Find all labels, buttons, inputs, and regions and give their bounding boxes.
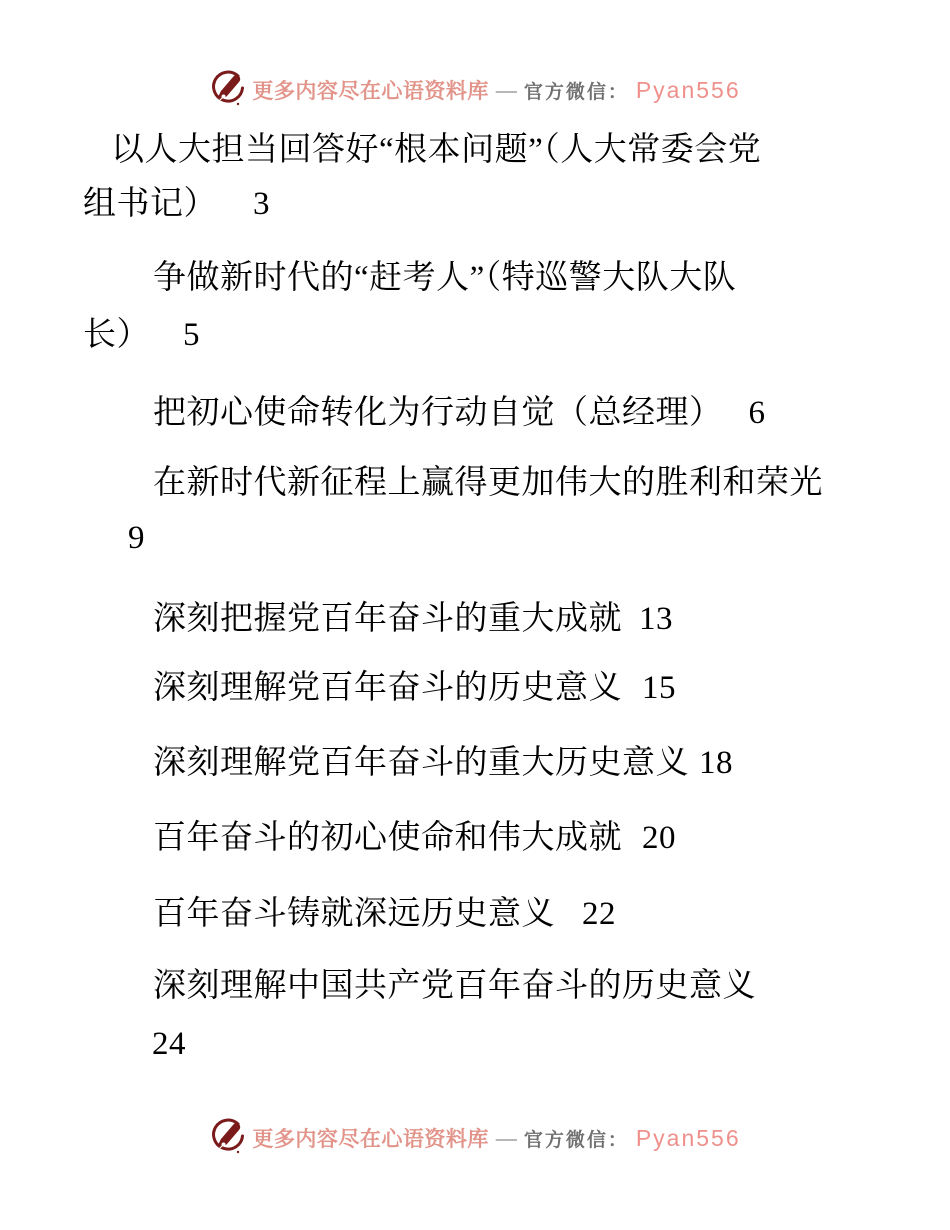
- toc-entry-line: 组书记）3: [83, 186, 270, 223]
- wechat-id: Pyan556: [636, 77, 741, 104]
- wechat-label: 官方微信：: [524, 1125, 629, 1152]
- pen-nib-logo-icon: [209, 1118, 245, 1158]
- footer-watermark: 更多内容尽在心语资料库—官方微信：Pyan556: [0, 1114, 950, 1162]
- toc-entry-line: 百年奋斗铸就深远历史意义22: [153, 896, 616, 933]
- promo-text: 更多内容尽在心语资料库: [252, 75, 489, 105]
- header-watermark: 更多内容尽在心语资料库—官方微信：Pyan556: [0, 66, 950, 114]
- toc-page-number: 5: [183, 317, 200, 354]
- toc-entry-line: 百年奋斗的初心使命和伟大成就20: [153, 820, 676, 857]
- wechat-label: 官方微信：: [524, 77, 629, 104]
- toc-page-number: 13: [639, 601, 673, 638]
- toc-page-number: 18: [699, 745, 733, 782]
- toc-entry-line: 深刻理解党百年奋斗的重大历史意义18: [153, 745, 733, 782]
- toc-entry-line: 争做新时代的“赶考人”（特巡警大队大队: [153, 260, 736, 297]
- toc-entry-line: 在新时代新征程上赢得更加伟大的胜利和荣光: [153, 465, 823, 502]
- promo-text: 更多内容尽在心语资料库: [252, 1123, 489, 1153]
- pen-nib-logo-icon: [209, 70, 245, 110]
- toc-page-number: 6: [749, 395, 766, 432]
- toc-entry-line: 长）5: [83, 317, 200, 354]
- toc-entry-line: 把初心使命转化为行动自觉（总经理）6: [153, 395, 766, 432]
- toc-page-number: 22: [582, 896, 616, 933]
- wechat-id: Pyan556: [636, 1125, 741, 1152]
- toc-page-number: 3: [253, 186, 270, 223]
- promo-dash: —: [496, 1126, 517, 1151]
- toc-page-number: 20: [642, 820, 676, 857]
- toc-page-number: 15: [642, 670, 676, 707]
- toc-entry-line: 24: [152, 1026, 186, 1063]
- toc-entry-line: 深刻理解中国共产党百年奋斗的历史意义: [153, 968, 756, 1005]
- toc-entry-line: 深刻理解党百年奋斗的历史意义15: [153, 670, 676, 707]
- toc-entry-line: 深刻把握党百年奋斗的重大成就13: [153, 601, 673, 638]
- toc-entry-line: 9: [128, 520, 145, 557]
- document-page: 更多内容尽在心语资料库—官方微信：Pyan556 以人大担当回答好“根本问题”（…: [0, 0, 950, 1230]
- promo-dash: —: [496, 78, 517, 103]
- toc-entry-line: 以人大担当回答好“根本问题”（人大常委会党: [111, 132, 761, 169]
